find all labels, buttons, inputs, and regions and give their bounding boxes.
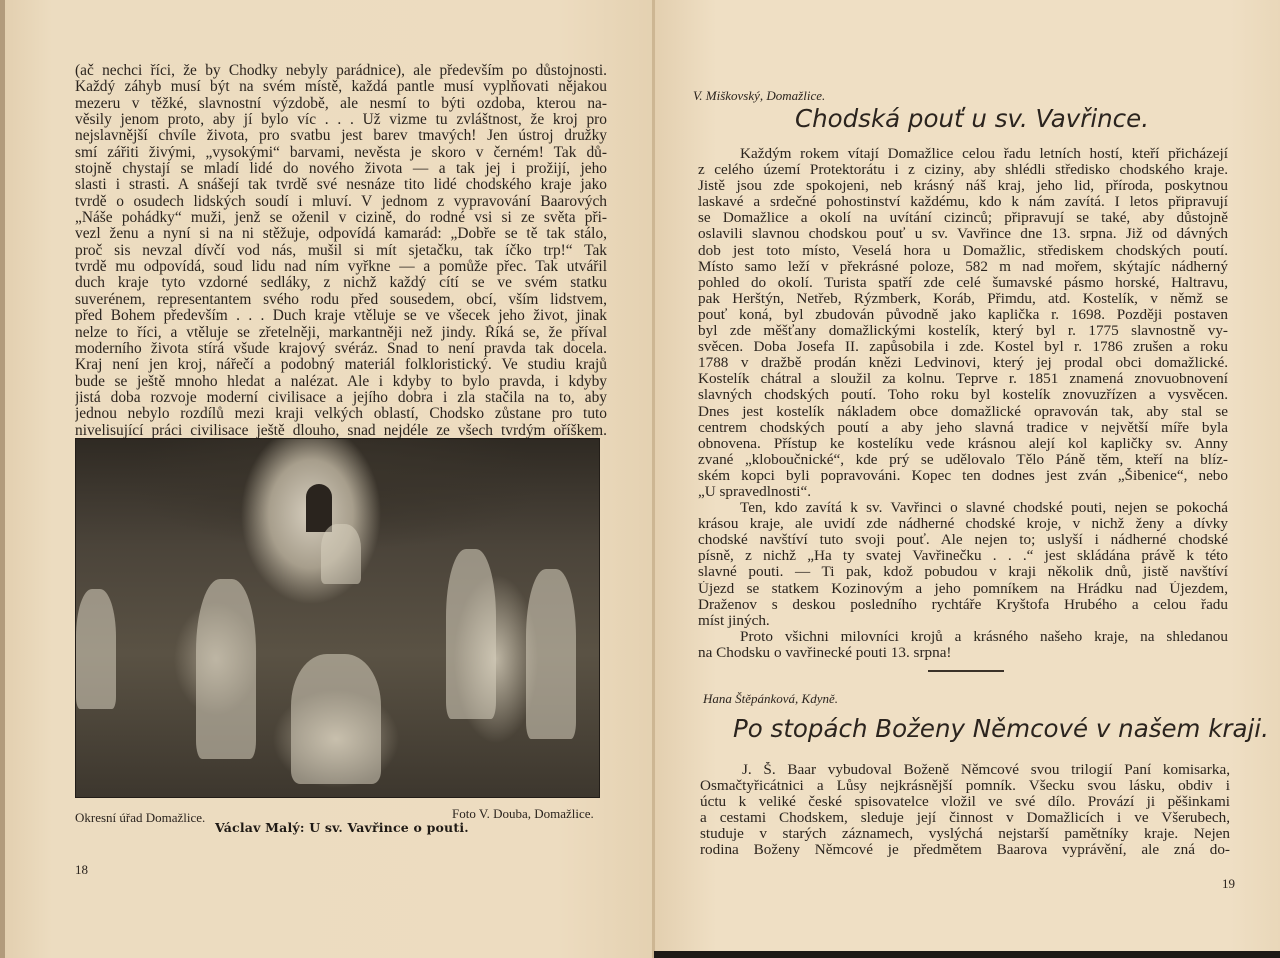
text-line: Dnes jest kostelík nákladem obce domažli… — [698, 404, 1228, 420]
illustration-caption: Václav Malý: U sv. Vavřince o pouti. — [215, 820, 469, 835]
text-line: svěcen. Doba Josefa II. zapůsobila i zde… — [698, 339, 1228, 355]
scan-border-bottom — [654, 951, 1280, 958]
text-line: laskavé a srdečné pohostinství každému, … — [698, 194, 1228, 210]
text-line: slasti i strasti. A snášejí tak tvrdě sv… — [75, 177, 607, 193]
article-separator-rule — [928, 670, 1004, 672]
article-1-title: Chodská pouť u sv. Vavřince. — [795, 104, 1149, 133]
text-line: úctu k veliké české spisovatelce vložil … — [700, 794, 1230, 810]
page-number-right: 19 — [1222, 876, 1235, 892]
text-line: nivelisující práci civilisace ještě dlou… — [75, 423, 607, 439]
text-line: slavné pouti. — Ti pak, kdož pobudou v k… — [698, 564, 1228, 580]
text-line: jednou nebylo rozdílů mezi kraji velkých… — [75, 406, 607, 422]
text-line: pouť koná, byl zbudován původně jako kap… — [698, 307, 1228, 323]
text-line: tvrdě o osudech lidských soudí i mluví. … — [75, 194, 607, 210]
text-line: moderního života stírá všude krajový své… — [75, 341, 607, 357]
article-1-byline: V. Miškovský, Domažlice. — [693, 88, 825, 104]
painting-illustration — [75, 438, 600, 798]
chapel-door — [306, 484, 332, 532]
text-line: písně, z nichž „Ha ty svatej Vavřinečku … — [698, 548, 1228, 564]
text-line: Každý záhyb musí být na svém místě, každ… — [75, 79, 607, 95]
text-line: vezl ženu a nyní si na ni stěžuje, odpov… — [75, 226, 607, 242]
text-line: rodina Boženy Němcové je předmětem Baaro… — [700, 842, 1230, 858]
article-2-body: J. Š. Baar vybudoval Boženě Němcové svou… — [700, 762, 1230, 859]
text-line: jistá doba rozvoje moderní civilisace a … — [75, 390, 607, 406]
scan-edge-left — [0, 0, 5, 958]
text-line: nelze to říci, a vtěluje se zřetelněji, … — [75, 325, 607, 341]
article-2-byline: Hana Štěpánková, Kdyně. — [703, 691, 838, 707]
text-line: Proto všichni milovníci krojů a krásného… — [698, 629, 1228, 645]
text-line: chodské navštíví tuto svoji pouť. Ale ne… — [698, 532, 1228, 548]
text-line: nejslavnější chvíle života, pro svatbu j… — [75, 128, 607, 144]
photo-credit-left: Okresní úřad Domažlice. — [75, 810, 205, 826]
text-line: duch kraje tyto vzdorné sedláky, z nichž… — [75, 275, 607, 291]
text-line: slavných chodských poutí. Toho roku byl … — [698, 387, 1228, 403]
article-2-title: Po stopách Boženy Němcové v našem kraji. — [733, 714, 1269, 743]
text-line: (ač nechci říci, že by Chodky nebyly par… — [75, 63, 607, 79]
text-line: Draženov s deskou posledního rychtáře Kr… — [698, 597, 1228, 613]
figure — [446, 549, 496, 719]
text-line: J. Š. Baar vybudoval Boženě Němcové svou… — [700, 762, 1230, 778]
text-line: stojně chystají se mladí lidé do nového … — [75, 161, 607, 177]
figure — [196, 579, 256, 759]
text-line: míst jiných. — [698, 613, 1228, 629]
text-line: suverénem, representantem svého rodu pře… — [75, 292, 607, 308]
figure — [291, 654, 381, 784]
text-line: smí zářiti živými, „vysokými“ barvami, n… — [75, 145, 607, 161]
text-line: Kraj není jen kroj, nářečí a podobný mat… — [75, 357, 607, 373]
text-line: 1788 v dražbě prodán knězi Ledvinovi, kt… — [698, 355, 1228, 371]
text-line: dob jest toto místo, Veselá hora u Domaž… — [698, 243, 1228, 259]
photo-credit-right: Foto V. Douba, Domažlice. — [452, 806, 594, 822]
text-line: na Chodsku o vavřinecké pouti 13. srpna! — [698, 645, 1228, 661]
text-line: obnovena. Přístup ke kostelíku vede krás… — [698, 436, 1228, 452]
text-line: oslavili slavnou chodskou pouť u sv. Vav… — [698, 226, 1228, 242]
text-line: tvrdě mu odpovídá, soud lidu nad ním vyř… — [75, 259, 607, 275]
text-line: „U spravedlnosti“. — [698, 484, 1228, 500]
text-line: proč sis nevzal dívčí vod nás, mušil si … — [75, 243, 607, 259]
text-line: Každým rokem vítají Domažlice celou řadu… — [698, 146, 1228, 162]
figure — [321, 524, 361, 584]
text-line: Místo samo leží v překrásné poloze, 582 … — [698, 259, 1228, 275]
text-line: bude se ještě mnoho hledat a nalézat. Al… — [75, 374, 607, 390]
text-line: centrem chodských poutí a aby jeho slavn… — [698, 420, 1228, 436]
text-line: Újezd se statkem Kozinovým a jeho pomník… — [698, 581, 1228, 597]
text-line: pohled do okolí. Turista spatří zde celé… — [698, 275, 1228, 291]
figure — [526, 569, 576, 739]
text-line: Jistě jsou zde spokojeni, neb krásný náš… — [698, 178, 1228, 194]
text-line: před Bohem především . . . Duch kraje vt… — [75, 308, 607, 324]
text-line: byl zde měšťany domažlickými kostelík, k… — [698, 323, 1228, 339]
text-line: zvané „kloboučnické“, kde prý se udělova… — [698, 452, 1228, 468]
page-number-left: 18 — [75, 862, 88, 878]
article-1-body: Každým rokem vítají Domažlice celou řadu… — [698, 146, 1228, 661]
text-line: ském kopci byli popravováni. Kopec ten d… — [698, 468, 1228, 484]
text-line: Ten, kdo zavítá k sv. Vavřinci o slavné … — [698, 500, 1228, 516]
text-line: studuje v starých záznamech, vyslýchá ne… — [700, 826, 1230, 842]
text-line: se Domažlice a okolí na uvítání cizinců;… — [698, 210, 1228, 226]
text-line: věsily jenom proto, aby jí bylo víc . . … — [75, 112, 607, 128]
left-page-body-text: (ač nechci říci, že by Chodky nebyly par… — [75, 63, 607, 439]
text-line: a cestami Chodskem, sleduje její činnost… — [700, 810, 1230, 826]
text-line: pak Herštýn, Netřeb, Rýzmberk, Koráb, Př… — [698, 291, 1228, 307]
figure — [76, 589, 116, 709]
text-line: mezeru v těžké, slavnostní výzdobě, ale … — [75, 96, 607, 112]
book-gutter — [652, 0, 655, 958]
text-line: z celého území Protektorátu i z ciziny, … — [698, 162, 1228, 178]
text-line: krásou kraje, ale uvidí zde nádherné cho… — [698, 516, 1228, 532]
text-line: Kostelík chátral a sloužil za kolnu. Tep… — [698, 371, 1228, 387]
text-line: „Náše pohádky“ muži, jenž se oženil v ci… — [75, 210, 607, 226]
text-line: Osmačtyřicátnici a Lůsy nejkrásnější pom… — [700, 778, 1230, 794]
